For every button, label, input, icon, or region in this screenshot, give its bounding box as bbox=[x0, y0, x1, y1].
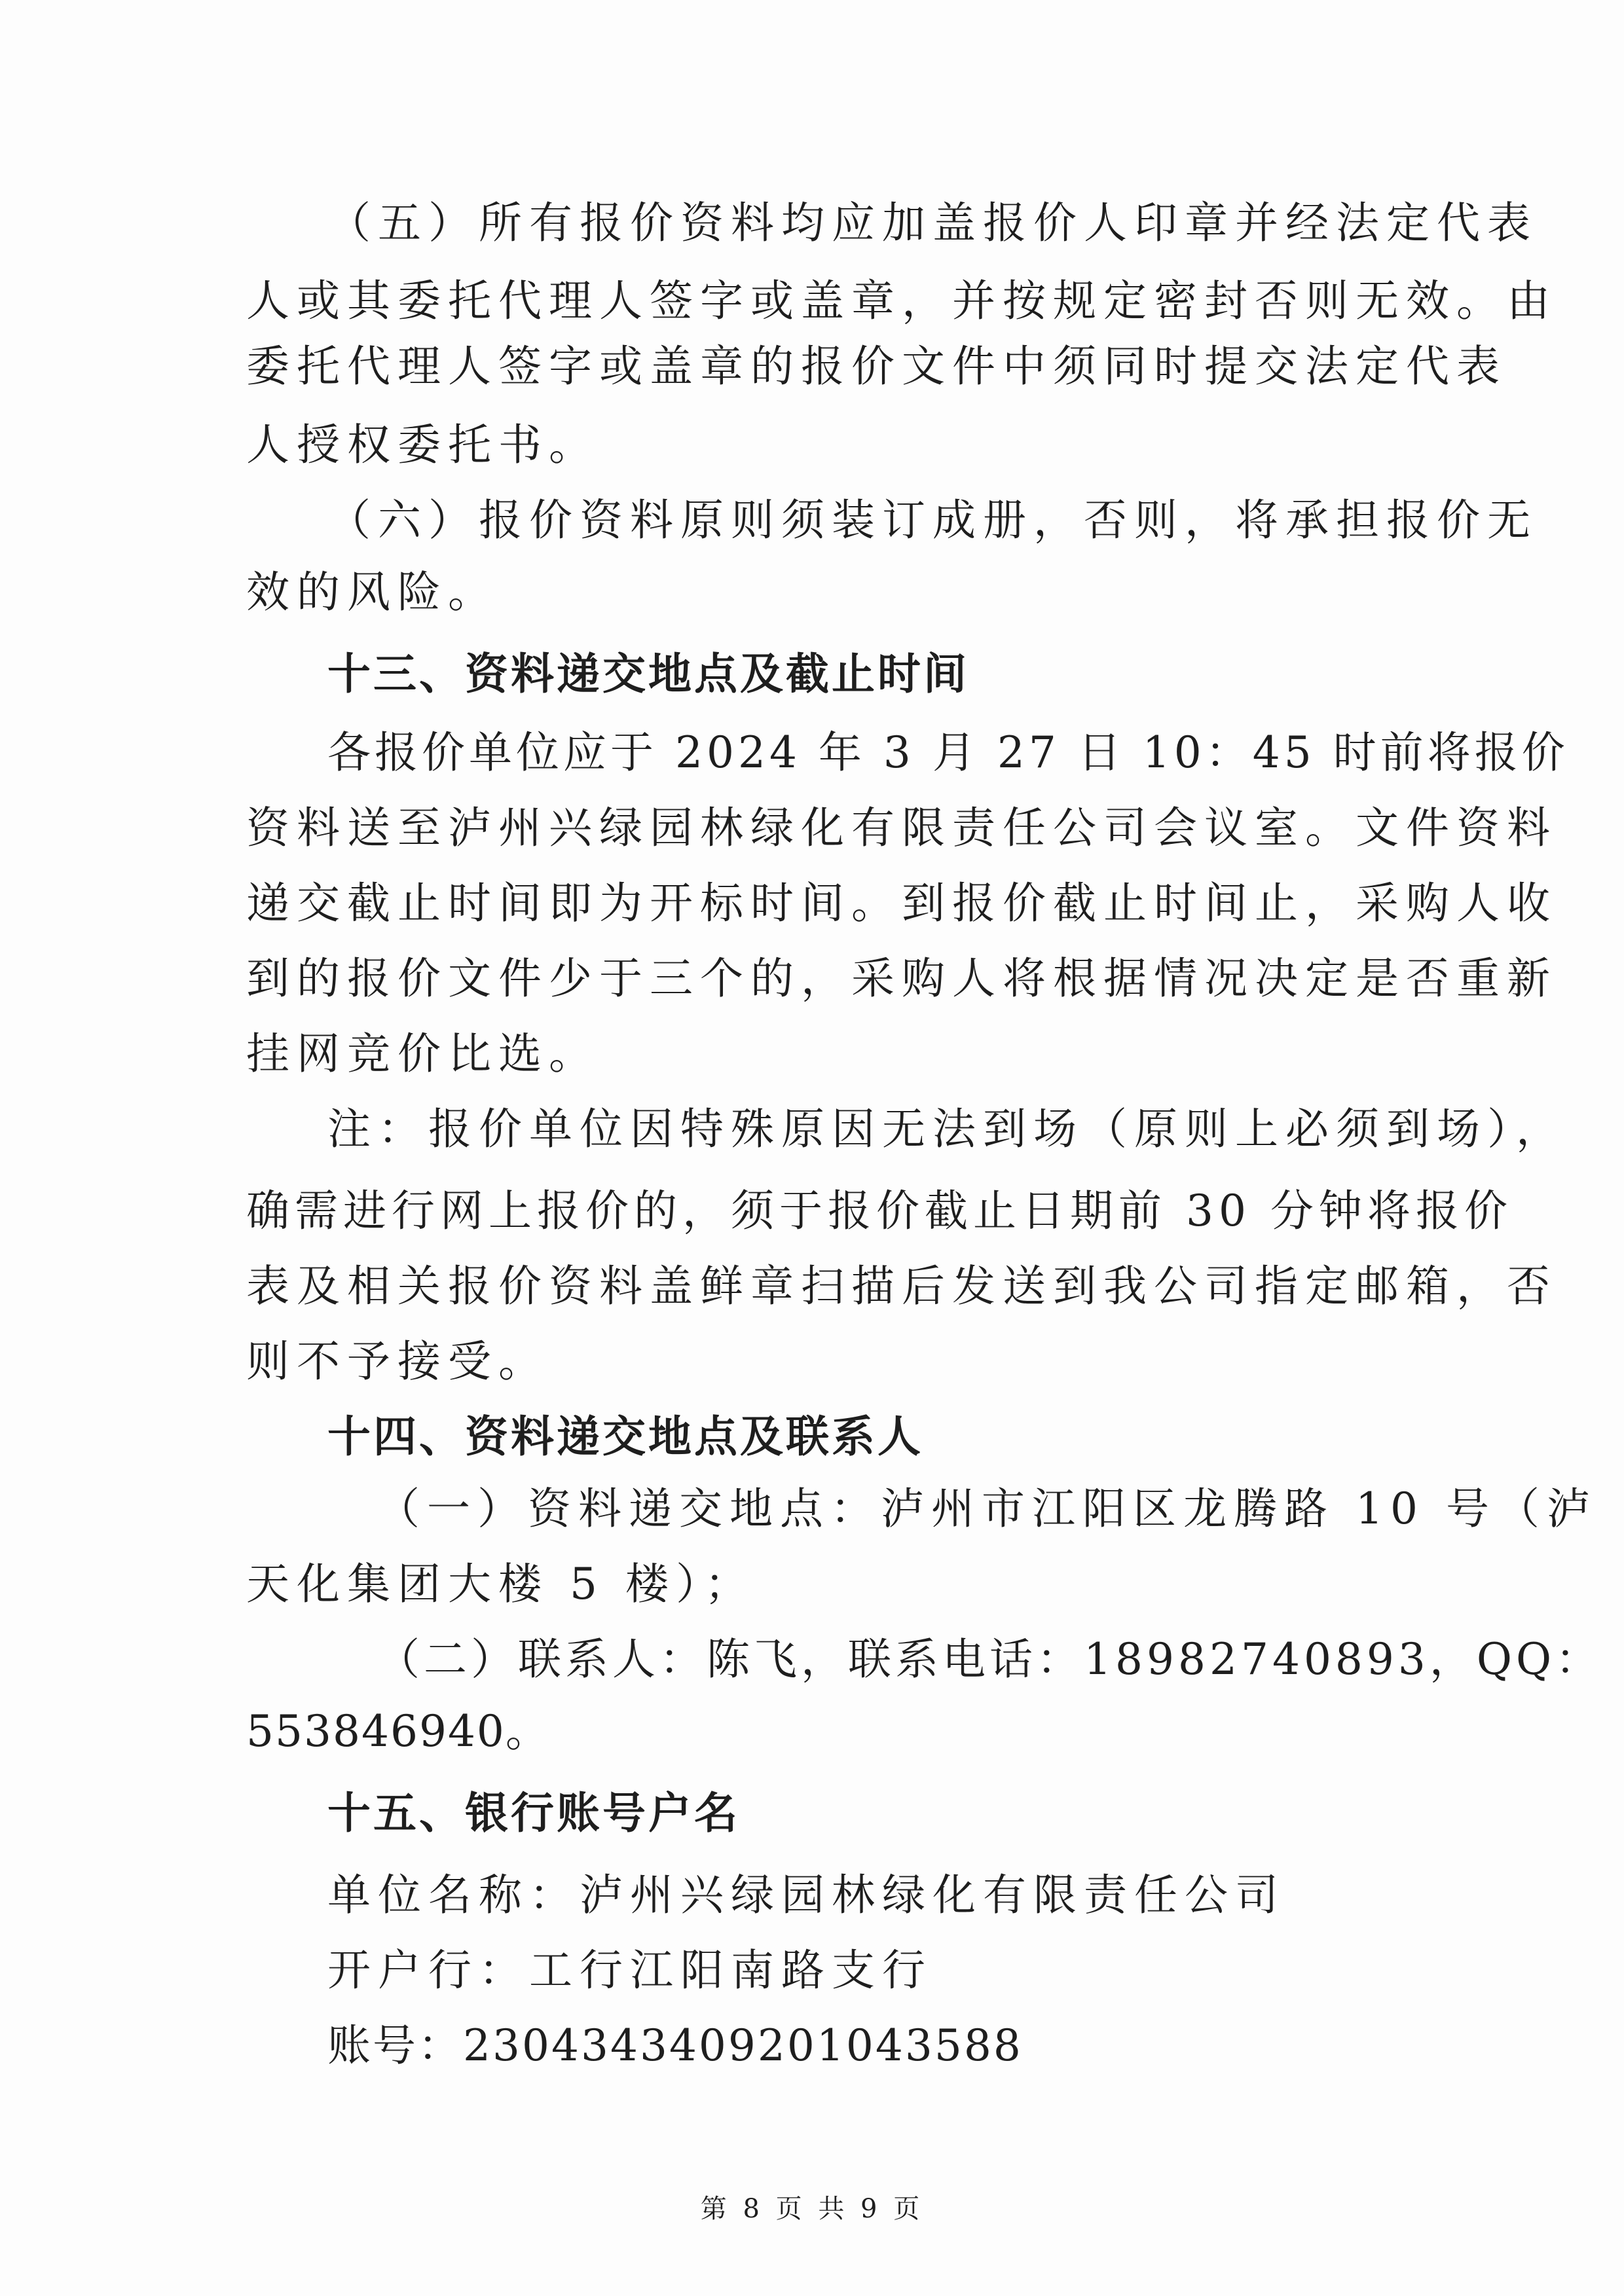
section-14-heading: 十四、资料递交地点及联系人 bbox=[327, 1408, 1454, 1467]
section-13-para-line-1: 各报价单位应于 2024 年 3 月 27 日 10：45 时前将报价 bbox=[327, 723, 1454, 782]
bank-unit-name: 单位名称：泸州兴绿园林绿化有限责任公司 bbox=[327, 1866, 1454, 1925]
item-6-line-1: （六）报价资料原则须装订成册，否则，将承担报价无 bbox=[327, 491, 1454, 550]
item-6-line-2: 效的风险。 bbox=[246, 563, 1373, 622]
section-13-heading: 十三、资料递交地点及截止时间 bbox=[327, 645, 1454, 704]
item-5-line-3: 委托代理人签字或盖章的报价文件中须同时提交法定代表 bbox=[246, 337, 1320, 396]
section-14-contact-line-2: 553846940。 bbox=[246, 1702, 1373, 1761]
section-13-note-line-1: 注：报价单位因特殊原因无法到场（原则上必须到场）， bbox=[327, 1100, 1454, 1159]
page-number-footer: 第 8 页 共 9 页 bbox=[0, 2191, 1624, 2227]
item-5-line-4: 人授权委托书。 bbox=[246, 416, 1373, 475]
section-13-para-line-4: 到的报价文件少于三个的，采购人将根据情况决定是否重新 bbox=[246, 949, 1373, 1008]
section-14-contact-line-1: （二）联系人：陈飞，联系电话：18982740893，QQ： bbox=[377, 1630, 1372, 1689]
bank-account-number: 账号：2304343409201043588 bbox=[327, 2016, 1454, 2075]
section-13-para-line-3: 递交截止时间即为开标时间。到报价截止时间止，采购人收 bbox=[246, 874, 1373, 933]
section-14-address-line-2: 天化集团大楼 5 楼）； bbox=[246, 1555, 1373, 1614]
document-page: （五）所有报价资料均应加盖报价人印章并经法定代表 人或其委托代理人签字或盖章，并… bbox=[0, 0, 1624, 2296]
section-13-note-line-2: 确需进行网上报价的，须于报价截止日期前 30 分钟将报价 bbox=[246, 1182, 1373, 1241]
section-14-address-line-1: （一）资料递交地点：泸州市江阳区龙腾路 10 号（泸 bbox=[377, 1480, 1372, 1539]
section-15-heading: 十五、银行账号户名 bbox=[327, 1784, 1454, 1843]
item-5-line-2: 人或其委托代理人签字或盖章，并按规定密封否则无效。由 bbox=[246, 272, 1373, 331]
bank-branch: 开户行：工行江阳南路支行 bbox=[327, 1941, 1454, 2000]
section-13-para-line-2: 资料送至泸州兴绿园林绿化有限责任公司会议室。文件资料 bbox=[246, 799, 1373, 858]
section-13-note-line-3: 表及相关报价资料盖鲜章扫描后发送到我公司指定邮箱，否 bbox=[246, 1257, 1373, 1316]
item-5-line-1: （五）所有报价资料均应加盖报价人印章并经法定代表 bbox=[327, 194, 1454, 253]
section-13-note-line-4: 则不予接受。 bbox=[246, 1332, 1373, 1391]
section-13-para-line-5: 挂网竞价比选。 bbox=[246, 1025, 1373, 1084]
